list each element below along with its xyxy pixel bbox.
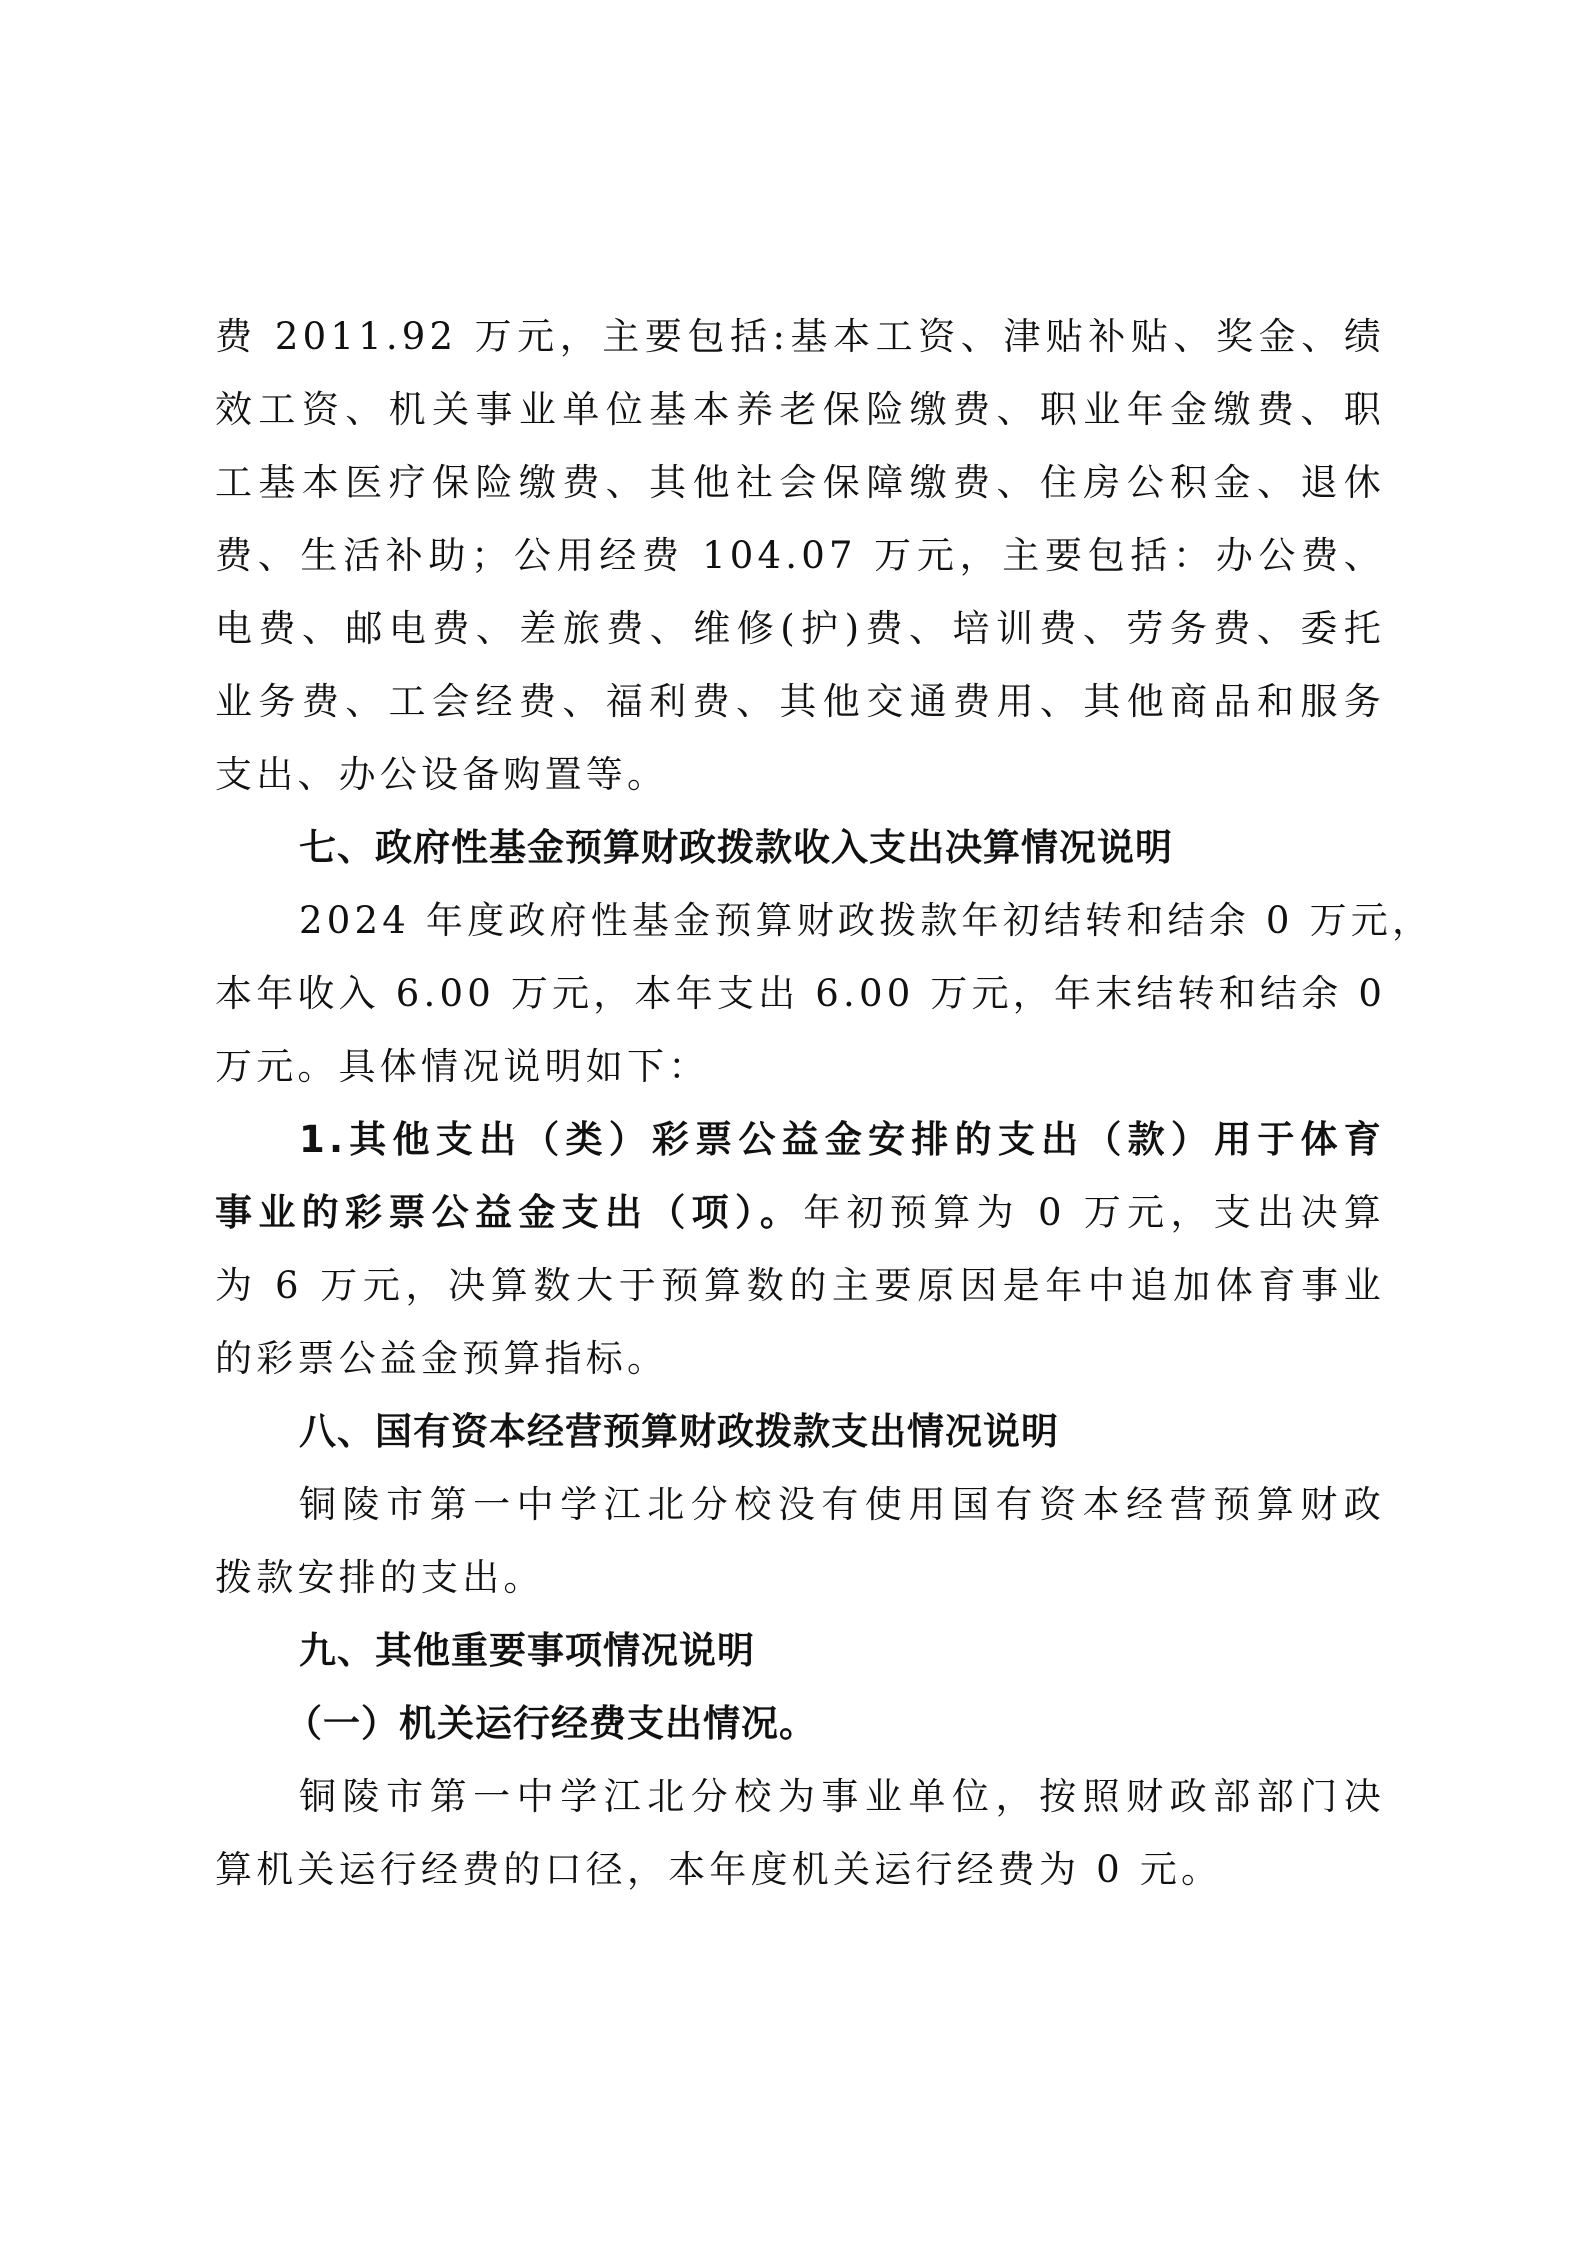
section-9: 九、其他重要事项情况说明 （一）机关运行经费支出情况。 铜陵市第一中学江北分校为… [215,1614,1385,1906]
section-7-heading: 七、政府性基金预算财政拨款收入支出决算情况说明 [215,811,1385,884]
section-9-heading: 九、其他重要事项情况说明 [215,1614,1385,1687]
section-8: 八、国有资本经营预算财政拨款支出情况说明 铜陵市第一中学江北分校没有使用国有资本… [215,1395,1385,1614]
text-line: 万元。具体情况说明如下： [215,1030,1385,1103]
text-line: 效工资、机关事业单位基本养老保险缴费、职业年金缴费、职 [215,373,1385,446]
text-line: 铜陵市第一中学江北分校没有使用国有资本经营预算财政 [215,1468,1385,1541]
text-line: 本年收入 6.00 万元，本年支出 6.00 万元，年末结转和结余 0 [215,957,1385,1030]
text-line: 业务费、工会经费、福利费、其他交通费用、其他商品和服务 [215,665,1385,738]
text-line: 事业的彩票公益金支出（项）。年初预算为 0 万元，支出决算 [215,1176,1385,1249]
text-line: 电费、邮电费、差旅费、维修(护)费、培训费、劳务费、委托 [215,592,1385,665]
section-7: 七、政府性基金预算财政拨款收入支出决算情况说明 2024 年度政府性基金预算财政… [215,811,1385,1395]
text-line: 为 6 万元，决算数大于预算数的主要原因是年中追加体育事业 [215,1249,1385,1322]
section-9-sub-1-heading: （一）机关运行经费支出情况。 [215,1687,1385,1760]
text-line: 工基本医疗保险缴费、其他社会保障缴费、住房公积金、退休 [215,446,1385,519]
text-line: 算机关运行经费的口径，本年度机关运行经费为 0 元。 [215,1833,1385,1906]
item-1-bold-title: 1.其他支出（类）彩票公益金安排的支出（款）用于体育 [215,1103,1385,1176]
section-8-heading: 八、国有资本经营预算财政拨款支出情况说明 [215,1395,1385,1468]
continuation-paragraph: 费 2011.92 万元，主要包括:基本工资、津贴补贴、奖金、绩 效工资、机关事… [215,300,1385,811]
text-line: 铜陵市第一中学江北分校为事业单位，按照财政部部门决 [215,1760,1385,1833]
text-line: 拨款安排的支出。 [215,1541,1385,1614]
item-1-bold-title-end: 事业的彩票公益金支出（项）。 [215,1191,803,1234]
text-line: 费、生活补助；公用经费 104.07 万元，主要包括：办公费、 [215,519,1385,592]
section-7-item-1: 1.其他支出（类）彩票公益金安排的支出（款）用于体育 事业的彩票公益金支出（项）… [215,1103,1385,1395]
text-line: 支出、办公设备购置等。 [215,738,1385,811]
item-1-text: 年初预算为 0 万元，支出决算 [803,1191,1385,1234]
text-line: 的彩票公益金预算指标。 [215,1322,1385,1395]
text-line: 2024 年度政府性基金预算财政拨款年初结转和结余 0 万元， [215,884,1385,957]
text-line: 费 2011.92 万元，主要包括:基本工资、津贴补贴、奖金、绩 [215,300,1385,373]
document-page: 费 2011.92 万元，主要包括:基本工资、津贴补贴、奖金、绩 效工资、机关事… [215,300,1385,1906]
